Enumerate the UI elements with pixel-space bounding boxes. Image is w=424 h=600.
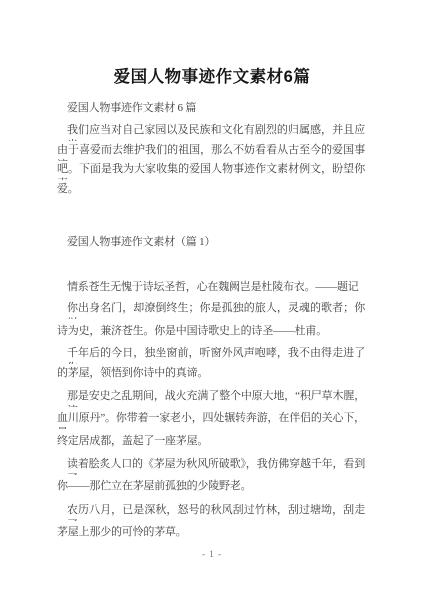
text-line: 的茅屋，领悟到你诗中的真谛。: [57, 366, 365, 384]
section-heading: 爱国人物事迹作文素材（篇 1）: [57, 235, 365, 253]
text-line: 血川原丹”。你带着一家老小，四处辗转奔游，在伴侣的关心下，最: [57, 411, 365, 429]
text-line: 农历八月，已是深秋，怒号的秋风刮过竹林，刮过塘坳，刮走了: [57, 503, 365, 521]
text-line-subtitle: 爱国人物事迹作文素材 6 篇: [57, 101, 365, 119]
text-line: 茅屋上那少的可怜的茅草。: [57, 525, 365, 543]
text-line: 我们应当对自己家园以及民族和文化有剧烈的归属感，并且应当: [57, 123, 365, 141]
text-line: 你出身名门，却潦倒终生；你是孤独的旅人，灵魂的歌者；你以: [57, 301, 365, 319]
text-line-epigraph: 情系苍生无愧于诗坛圣哲，心在魏阙岂是杜陵布衣。——题记: [57, 280, 365, 298]
text-line: 读着脍炙人口的《茅屋为秋风所破歌》，我仿佛穿越千年，看到了: [57, 457, 365, 475]
text-line: 那是安史之乱期间，战火充满了整个中原大地，“积尸草木腥，流: [57, 389, 365, 407]
text-line: 终定居成都，盖起了一座茅屋。: [57, 434, 365, 452]
document-title: 爱国人物事迹作文素材6篇: [0, 63, 424, 87]
document-page: 爱国人物事迹作文素材6篇 爱国人物事迹作文素材 6 篇 我们应当对自己家园以及民…: [0, 0, 424, 600]
text-line: 吧。下面是我为大家收集的爱国人物事迹作文素材例文，盼望你喜: [57, 162, 365, 180]
text-line: 由于喜爱而去维护我们的祖国，那么不妨看看从古至今的爱国事迹: [57, 143, 365, 161]
text-line: 千年后的今日，独坐窗前，听窗外风声咆哮，我不由得走进了你: [57, 346, 365, 364]
text-line: 爱。: [57, 182, 365, 200]
text-line: 诗为史，兼济苍生。你是中国诗歌史上的诗圣——杜甫。: [57, 324, 365, 342]
page-number: - 1 -: [0, 549, 424, 559]
text-line: 你——那伫立在茅屋前孤独的少陵野老。: [57, 479, 365, 497]
